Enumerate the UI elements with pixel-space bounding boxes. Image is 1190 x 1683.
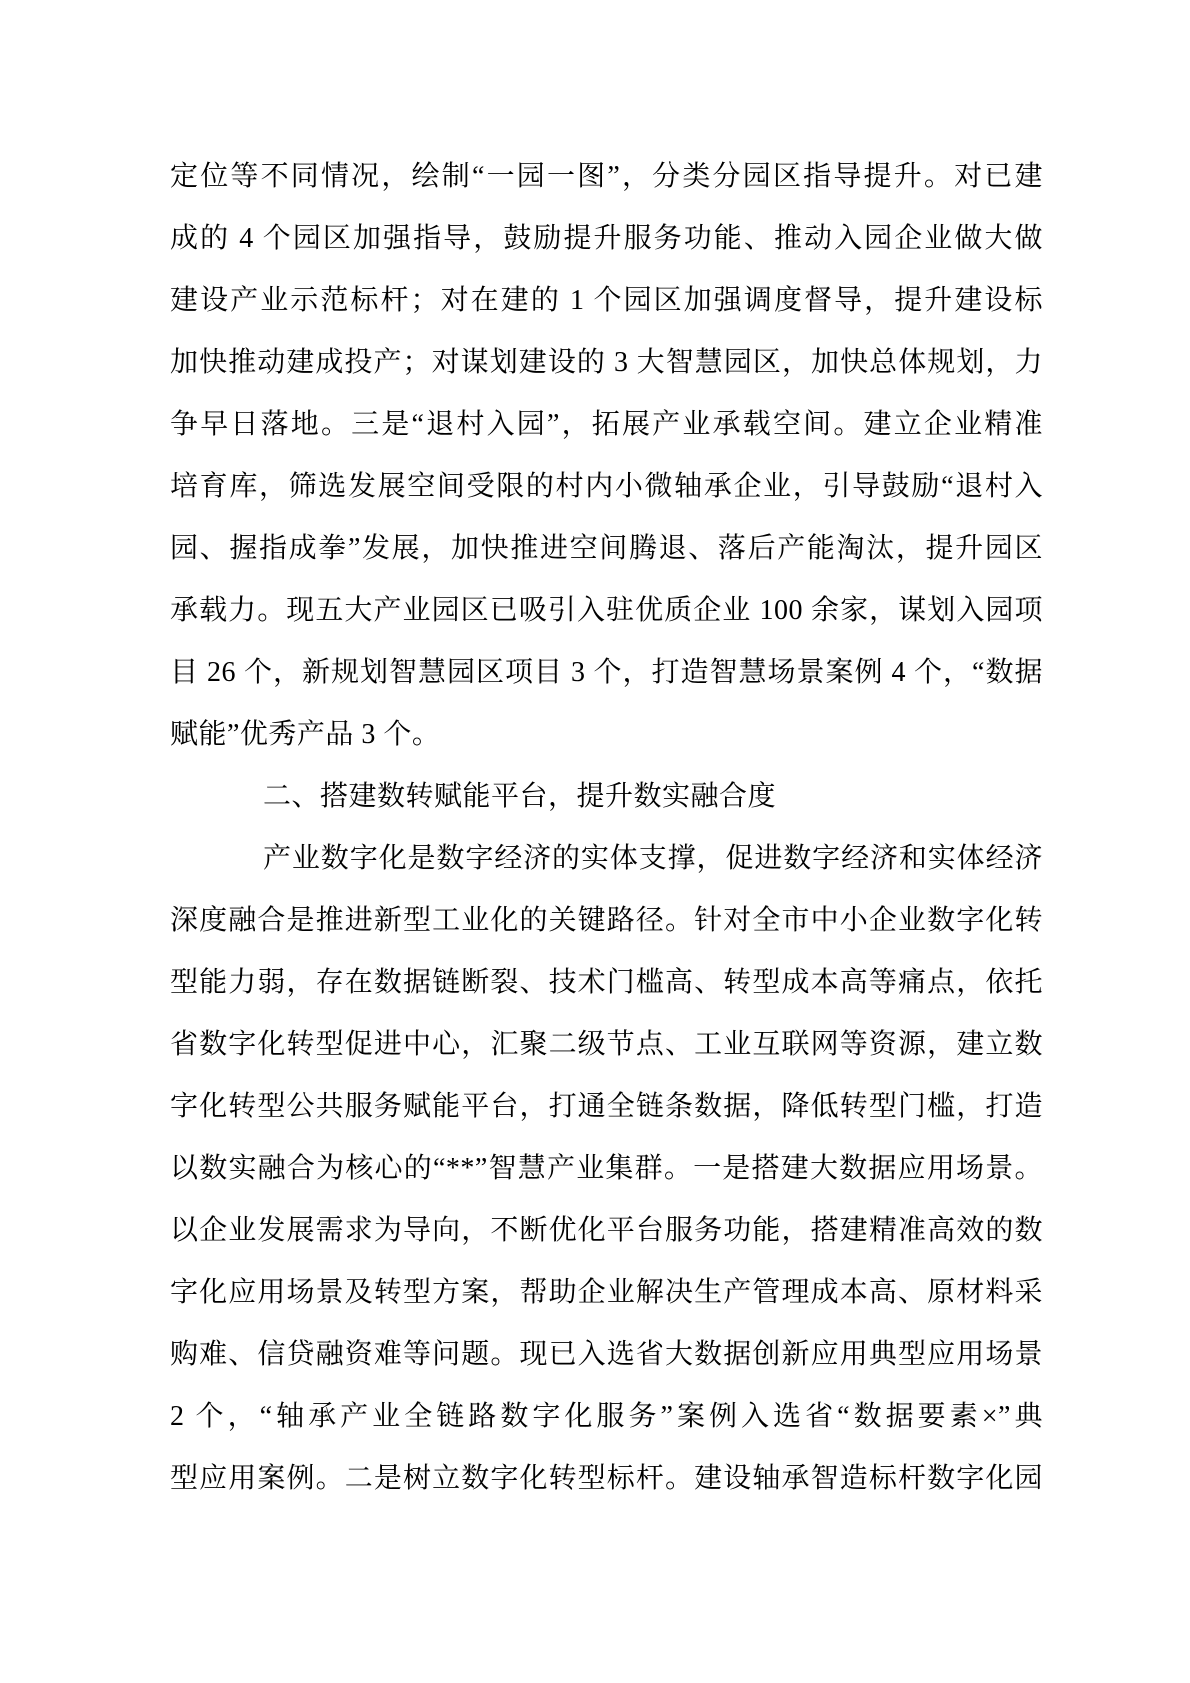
text-line: 目 26 个，新规划智慧园区项目 3 个，打造智慧场景案例 4 个，“数据 — [170, 642, 1043, 704]
text-line: 培育库，筛选发展空间受限的村内小微轴承企业，引导鼓励“退村入 — [170, 456, 1043, 518]
paragraph-first-line: 产业数字化是数字经济的实体支撑，促进数字经济和实体经济 — [170, 828, 1043, 890]
text-line: 成的 4 个园区加强指导，鼓励提升服务功能、推动入园企业做大做强， — [170, 208, 1043, 270]
section-heading: 二、搭建数转赋能平台，提升数实融合度 — [170, 766, 1043, 828]
text-line: 字化应用场景及转型方案，帮助企业解决生产管理成本高、原材料采 — [170, 1262, 1043, 1324]
text-line: 型应用案例。二是树立数字化转型标杆。建设轴承智造标杆数字化园 — [170, 1448, 1043, 1510]
text-line: 型能力弱，存在数据链断裂、技术门槛高、转型成本高等痛点，依托 — [170, 952, 1043, 1014]
paragraph-end-line: 赋能”优秀产品 3 个。 — [170, 704, 1043, 766]
text-line: 以数实融合为核心的“**”智慧产业集群。一是搭建大数据应用场景。 — [170, 1138, 1043, 1200]
text-line: 购难、信贷融资难等问题。现已入选省大数据创新应用典型应用场景 — [170, 1324, 1043, 1386]
text-line: 字化转型公共服务赋能平台，打通全链条数据，降低转型门槛，打造 — [170, 1076, 1043, 1138]
text-line: 承载力。现五大产业园区已吸引入驻优质企业 100 余家，谋划入园项 — [170, 580, 1043, 642]
text-line: 加快推动建成投产；对谋划建设的 3 大智慧园区，加快总体规划，力 — [170, 332, 1043, 394]
document-page: 定位等不同情况，绘制“一园一图”，分类分园区指导提升。对已建 成的 4 个园区加… — [0, 0, 1190, 1683]
text-block: 定位等不同情况，绘制“一园一图”，分类分园区指导提升。对已建 成的 4 个园区加… — [170, 146, 1043, 1510]
text-line: 定位等不同情况，绘制“一园一图”，分类分园区指导提升。对已建 — [170, 146, 1043, 208]
text-line: 以企业发展需求为导向，不断优化平台服务功能，搭建精准高效的数 — [170, 1200, 1043, 1262]
text-line: 省数字化转型促进中心，汇聚二级节点、工业互联网等资源，建立数 — [170, 1014, 1043, 1076]
text-line: 园、握指成拳”发展，加快推进空间腾退、落后产能淘汰，提升园区 — [170, 518, 1043, 580]
text-line: 争早日落地。三是“退村入园”，拓展产业承载空间。建立企业精准 — [170, 394, 1043, 456]
text-line: 2 个，“轴承产业全链路数字化服务”案例入选省“数据要素×”典 — [170, 1386, 1043, 1448]
text-line: 建设产业示范标杆；对在建的 1 个园区加强调度督导，提升建设标准， — [170, 270, 1043, 332]
text-line: 深度融合是推进新型工业化的关键路径。针对全市中小企业数字化转 — [170, 890, 1043, 952]
